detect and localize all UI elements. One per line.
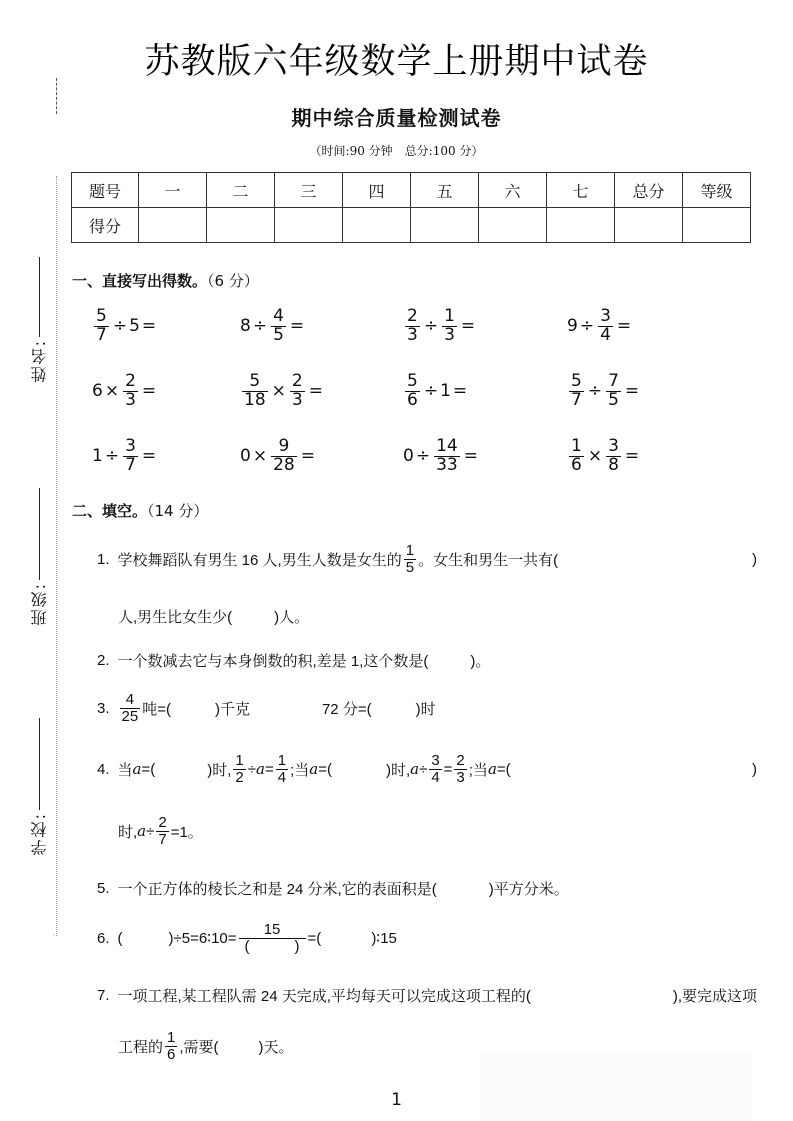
question-text: )平方分米。 (489, 878, 569, 899)
number: 1 (440, 381, 451, 401)
section2-title: 二、填空。 (72, 502, 147, 520)
fraction: 518 (242, 373, 268, 410)
number: 9 (567, 316, 578, 336)
fraction: 16 (165, 1030, 177, 1063)
fraction: 27 (156, 815, 168, 848)
fraction: 57 (94, 308, 109, 345)
fraction: 37 (123, 438, 138, 475)
arithmetic-problem[interactable]: 57÷75= (567, 373, 641, 410)
operator: ÷ (580, 316, 594, 336)
question-text: ÷ (248, 761, 256, 778)
school-label: 学校: (28, 812, 51, 855)
exam-subtitle: 期中综合质量检测试卷 (0, 102, 793, 131)
question-text: 工程的 (118, 1036, 163, 1057)
question-text: =1。 (171, 821, 203, 842)
fraction: 928 (271, 438, 297, 475)
equals-sign: = (301, 446, 315, 466)
operator: × (253, 446, 267, 466)
question-text: )。 (470, 650, 490, 671)
number: 6 (92, 381, 103, 401)
name-field[interactable]: 姓名: (28, 257, 51, 382)
section2-heading: 二、填空。（14 分） (72, 500, 208, 521)
school-field[interactable]: 学校: (28, 718, 51, 855)
question-text: =( (141, 761, 155, 778)
header-cell: 一 (139, 173, 207, 208)
equals-sign: = (617, 316, 631, 336)
question-text: ;当 (290, 759, 309, 780)
fraction: 34 (429, 753, 441, 786)
school-underline[interactable] (39, 718, 40, 810)
question-text: )时 (416, 698, 436, 719)
fraction: 23 (454, 753, 466, 786)
question-text: 一个数减去它与本身倒数的积,差是 1,这个数是( (118, 650, 429, 671)
header-cell: 总分 (615, 173, 683, 208)
header-cell: 等级 (683, 173, 751, 208)
operator: ÷ (416, 446, 430, 466)
fraction: 1433 (434, 438, 460, 475)
question-text: 学校舞蹈队有男生 16 人,男生人数是女生的 (118, 549, 402, 570)
question-text: =( (497, 761, 511, 778)
question-text: )∶15 (371, 929, 397, 947)
fraction: 23 (290, 373, 305, 410)
arithmetic-problem[interactable]: 23÷13= (403, 308, 477, 345)
header-cell: 六 (479, 173, 547, 208)
equals-sign: = (461, 316, 475, 336)
question-text: )÷5=6∶10= (169, 929, 237, 947)
question-text: ) (752, 761, 757, 778)
number: 8 (240, 316, 251, 336)
question-text: 吨=( (142, 698, 171, 719)
equals-sign: = (309, 381, 323, 401)
operator: ÷ (113, 316, 127, 336)
arithmetic-problem[interactable]: 6×23= (92, 373, 158, 410)
class-underline[interactable] (39, 488, 40, 580)
equals-sign: = (290, 316, 304, 336)
question-text: 人,男生比女生少( (118, 606, 232, 627)
header-cell: 三 (275, 173, 343, 208)
arithmetic-problem[interactable]: 0÷1433= (403, 438, 480, 475)
score-table-score-row: 得分 (72, 208, 751, 243)
arithmetic-problem[interactable]: 1÷37= (92, 438, 158, 475)
operator: ÷ (424, 316, 438, 336)
arithmetic-problem[interactable]: 0×928= (240, 438, 317, 475)
fraction: 56 (405, 373, 420, 410)
header-cell: 二 (207, 173, 275, 208)
binding-mark: ˙ (52, 934, 56, 943)
score-cell[interactable] (615, 208, 683, 243)
variable: a (309, 760, 318, 778)
question-text: 时, (118, 821, 137, 842)
header-cell: 七 (547, 173, 615, 208)
header-cell: 题号 (72, 173, 139, 208)
question-text: ) (752, 551, 757, 568)
operator: ÷ (105, 446, 119, 466)
exam-meta: （时间:90 分钟 总分:100 分） (0, 142, 793, 159)
question-text: ÷ (146, 823, 154, 840)
number: 0 (240, 446, 251, 466)
arithmetic-problem[interactable]: 16×38= (567, 438, 641, 475)
header-cell: 五 (411, 173, 479, 208)
question-text: = (265, 761, 274, 778)
score-table-header-row: 题号 一 二 三 四 五 六 七 总分 等级 (72, 173, 751, 208)
question-number: 7. (97, 987, 110, 1004)
question-number: 1. (97, 551, 110, 568)
number: 0 (403, 446, 414, 466)
class-label: 班级: (28, 582, 51, 625)
question-text: 一个正方体的棱长之和是 24 分米,它的表面积是( (118, 878, 437, 899)
question-text: 。女生和男生一共有( (418, 549, 558, 570)
variable: a (256, 760, 265, 778)
question-text: ,需要( (179, 1036, 218, 1057)
binding-dashed-line (56, 78, 57, 114)
arithmetic-problem[interactable]: 518×23= (240, 373, 325, 410)
fraction: 13 (442, 308, 457, 345)
question-text: ÷ (419, 761, 427, 778)
name-label: 姓名: (28, 339, 51, 382)
question-4-line-1: 4. 当 a =( )时, 12 ÷ a = 14 ;当 a =( )时, a … (97, 753, 757, 786)
fraction: 12 (233, 753, 245, 786)
question-4-line-2: 时, a ÷ 27 =1。 (118, 815, 203, 848)
question-text: )千克 (215, 698, 250, 719)
operator: ÷ (253, 316, 267, 336)
equals-sign: = (464, 446, 478, 466)
question-text: =( (318, 761, 332, 778)
question-text: = (444, 761, 453, 778)
question-5: 5. 一个正方体的棱长之和是 24 分米,它的表面积是( )平方分米。 (97, 878, 569, 899)
section1-title: 一、直接写出得数。 (72, 272, 207, 290)
question-1-line-2: 人,男生比女生少( )人。 (118, 606, 309, 627)
question-3: 3. 425 吨=( )千克 72 分=( )时 (97, 692, 436, 725)
arithmetic-problem[interactable]: 57÷5= (92, 308, 158, 345)
binding-dotted-line (56, 176, 57, 936)
question-number: 2. (97, 652, 110, 669)
score-cell[interactable] (411, 208, 479, 243)
operator: × (272, 381, 286, 401)
equals-sign: = (142, 316, 156, 336)
equals-sign: = (625, 446, 639, 466)
name-underline[interactable] (39, 257, 40, 337)
question-7-line-1: 7. 一项工程,某工程队需 24 天完成,平均每天可以完成这项工程的( ),要完… (97, 985, 757, 1006)
question-6: 6. ( )÷5=6∶10= 15( ) =( )∶15 (97, 922, 397, 955)
question-text: ( (118, 930, 123, 947)
question-text: ;当 (469, 759, 488, 780)
question-number: 6. (97, 930, 110, 947)
fraction: 23 (123, 373, 138, 410)
equals-sign: = (142, 381, 156, 401)
section2-points: （14 分） (147, 502, 208, 520)
question-text: ),要完成这项 (673, 985, 757, 1006)
fraction: 45 (271, 308, 286, 345)
question-number: 4. (97, 761, 110, 778)
score-cell[interactable] (343, 208, 411, 243)
number: 5 (129, 316, 140, 336)
fraction: 38 (606, 438, 621, 475)
faint-overlay (480, 1053, 752, 1121)
question-text: )人。 (274, 606, 309, 627)
fraction-with-blank[interactable]: 15( ) (239, 922, 306, 955)
operator: × (588, 446, 602, 466)
operator: ÷ (424, 381, 438, 401)
variable: a (488, 760, 497, 778)
question-text: 一项工程,某工程队需 24 天完成,平均每天可以完成这项工程的( (118, 985, 531, 1006)
fraction: 16 (569, 438, 584, 475)
score-cell[interactable] (275, 208, 343, 243)
operator: ÷ (588, 381, 602, 401)
fraction: 15 (404, 543, 416, 576)
fraction: 75 (606, 373, 621, 410)
question-text: )时, (386, 759, 410, 780)
score-table: 题号 一 二 三 四 五 六 七 总分 等级 得分 (71, 172, 751, 243)
equals-sign: = (625, 381, 639, 401)
arithmetic-problem[interactable]: 8÷45= (240, 308, 306, 345)
class-field[interactable]: 班级: (28, 488, 51, 625)
score-cell[interactable] (207, 208, 275, 243)
question-text: )时, (207, 759, 231, 780)
question-text: 72 分=( (322, 698, 372, 719)
document-title: 苏教版六年级数学上册期中试卷 (0, 34, 793, 84)
score-cell[interactable] (547, 208, 615, 243)
question-2: 2. 一个数减去它与本身倒数的积,差是 1,这个数是( )。 (97, 650, 490, 671)
fraction: 57 (569, 373, 584, 410)
arithmetic-problem[interactable]: 9÷34= (567, 308, 633, 345)
score-row-label: 得分 (72, 208, 139, 243)
variable: a (133, 760, 142, 778)
variable: a (410, 760, 419, 778)
question-text: )天。 (259, 1036, 294, 1057)
section1-points: （6 分） (207, 272, 259, 290)
operator: × (105, 381, 119, 401)
fraction: 23 (405, 308, 420, 345)
score-cell[interactable] (139, 208, 207, 243)
page-number: 1 (0, 1090, 793, 1110)
question-7-line-2: 工程的 16 ,需要( )天。 (118, 1030, 294, 1063)
question-number: 5. (97, 880, 110, 897)
equals-sign: = (453, 381, 467, 401)
fraction: 14 (276, 753, 288, 786)
score-cell[interactable] (683, 208, 751, 243)
equals-sign: = (142, 446, 156, 466)
question-number: 3. (97, 700, 110, 717)
variable: a (137, 822, 146, 840)
arithmetic-problem[interactable]: 56÷1= (403, 373, 469, 410)
fraction: 34 (598, 308, 613, 345)
score-cell[interactable] (479, 208, 547, 243)
header-cell: 四 (343, 173, 411, 208)
number: 1 (92, 446, 103, 466)
question-text: 当 (118, 759, 133, 780)
question-text: =( (308, 930, 322, 947)
fraction: 425 (120, 692, 141, 725)
section1-heading: 一、直接写出得数。（6 分） (72, 270, 259, 291)
question-1-line-1: 1. 学校舞蹈队有男生 16 人,男生人数是女生的 15 。女生和男生一共有( … (97, 543, 757, 576)
